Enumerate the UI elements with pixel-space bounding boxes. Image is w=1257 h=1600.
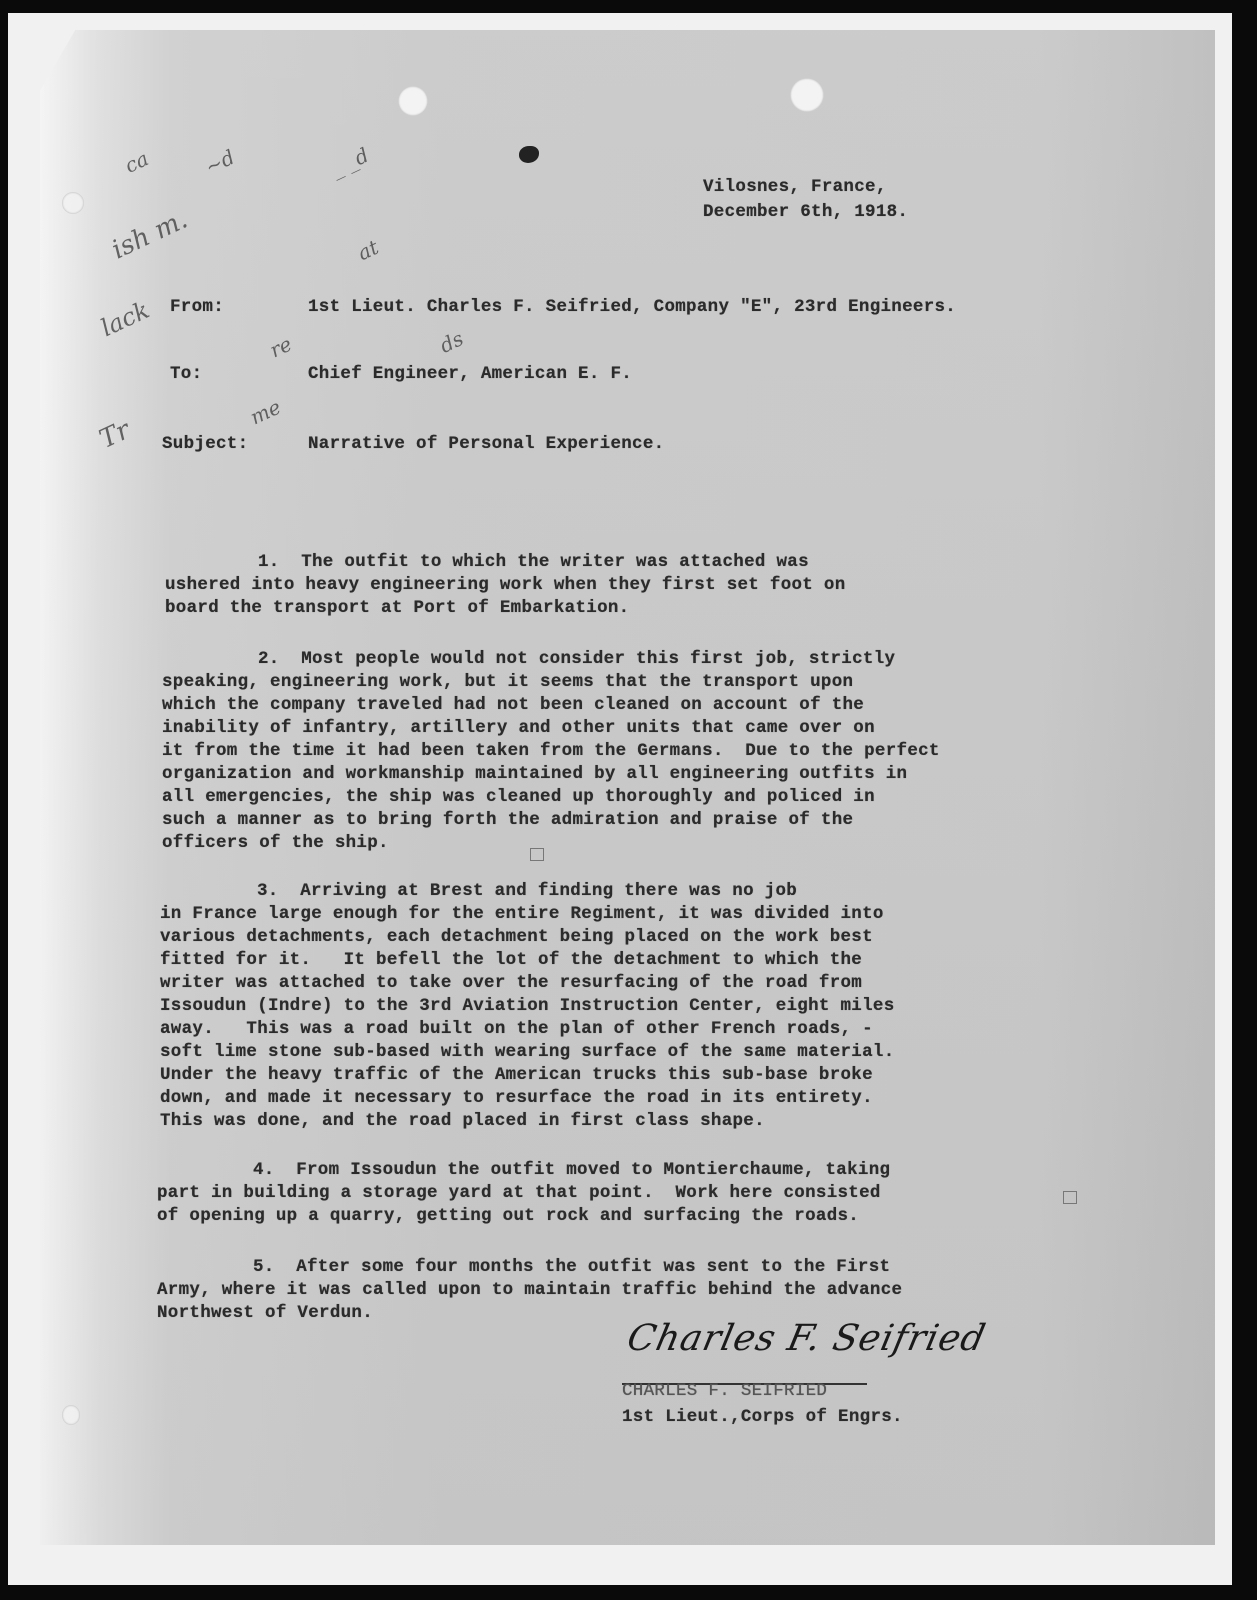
paragraph-line: Northwest of Verdun. — [157, 1302, 373, 1325]
paragraph-line: soft lime stone sub-based with wearing s… — [160, 1041, 895, 1064]
paragraph-line: 1. The outfit to which the writer was at… — [258, 551, 809, 574]
paragraph-line: 4. From Issoudun the outfit moved to Mon… — [253, 1159, 890, 1182]
paragraph-line: 2. Most people would not consider this f… — [258, 648, 895, 671]
paragraph-line: away. This was a road built on the plan … — [160, 1018, 873, 1041]
paragraph-line: of opening up a quarry, getting out rock… — [157, 1205, 859, 1228]
paragraph-line: various detachments, each detachment bei… — [160, 926, 873, 949]
paragraph-line: 5. After some four months the outfit was… — [253, 1256, 890, 1279]
paragraph-line: it from the time it had been taken from … — [162, 740, 940, 763]
signer-rank: 1st Lieut.,Corps of Engrs. — [622, 1406, 903, 1429]
paragraph-line: This was done, and the road placed in fi… — [160, 1110, 765, 1133]
paragraph-line: Army, where it was called upon to mainta… — [157, 1279, 902, 1302]
punch-hole-top-right — [790, 78, 824, 112]
paragraph-line: writer was attached to take over the res… — [160, 972, 862, 995]
letter-date: December 6th, 1918. — [703, 201, 908, 224]
paragraph-line: organization and workmanship maintained … — [162, 763, 907, 786]
stamp-mark — [1063, 1191, 1077, 1204]
paragraph-line: which the company traveled had not been … — [162, 694, 864, 717]
subject-label: Subject: — [162, 433, 248, 456]
paragraph-line: inability of infantry, artillery and oth… — [162, 717, 875, 740]
punch-hole-left-margin — [62, 192, 84, 214]
punch-hole-top-left — [398, 86, 428, 116]
letter-place: Vilosnes, France, — [703, 176, 887, 199]
to-label: To: — [170, 363, 202, 386]
paragraph-line: speaking, engineering work, but it seems… — [162, 671, 853, 694]
paragraph-line: Issoudun (Indre) to the 3rd Aviation Ins… — [160, 995, 895, 1018]
punch-hole-left-bottom — [62, 1405, 80, 1425]
paragraph-line: fitted for it. It befell the lot of the … — [160, 949, 862, 972]
paragraph-line: in France large enough for the entire Re… — [160, 903, 884, 926]
to-value: Chief Engineer, American E. F. — [308, 363, 632, 386]
paragraph-line: part in building a storage yard at that … — [157, 1182, 881, 1205]
typed-name: CHARLES F. SEIFRIED — [622, 1380, 827, 1403]
paragraph-line: Under the heavy traffic of the American … — [160, 1064, 873, 1087]
paragraph-line: board the transport at Port of Embarkati… — [165, 597, 629, 620]
stamp-mark — [530, 848, 544, 861]
from-label: From: — [170, 296, 224, 319]
paragraph-line: such a manner as to bring forth the admi… — [162, 809, 853, 832]
subject-value: Narrative of Personal Experience. — [308, 433, 664, 456]
handwritten-signature: Charles F. Seifried — [624, 1318, 990, 1359]
paragraph-line: ushered into heavy engineering work when… — [165, 574, 846, 597]
paragraph-line: all emergencies, the ship was cleaned up… — [162, 786, 875, 809]
paragraph-line: down, and made it necessary to resurface… — [160, 1087, 873, 1110]
from-value: 1st Lieut. Charles F. Seifried, Company … — [308, 296, 956, 319]
paragraph-line: officers of the ship. — [162, 832, 389, 855]
paragraph-line: 3. Arriving at Brest and finding there w… — [257, 880, 797, 903]
